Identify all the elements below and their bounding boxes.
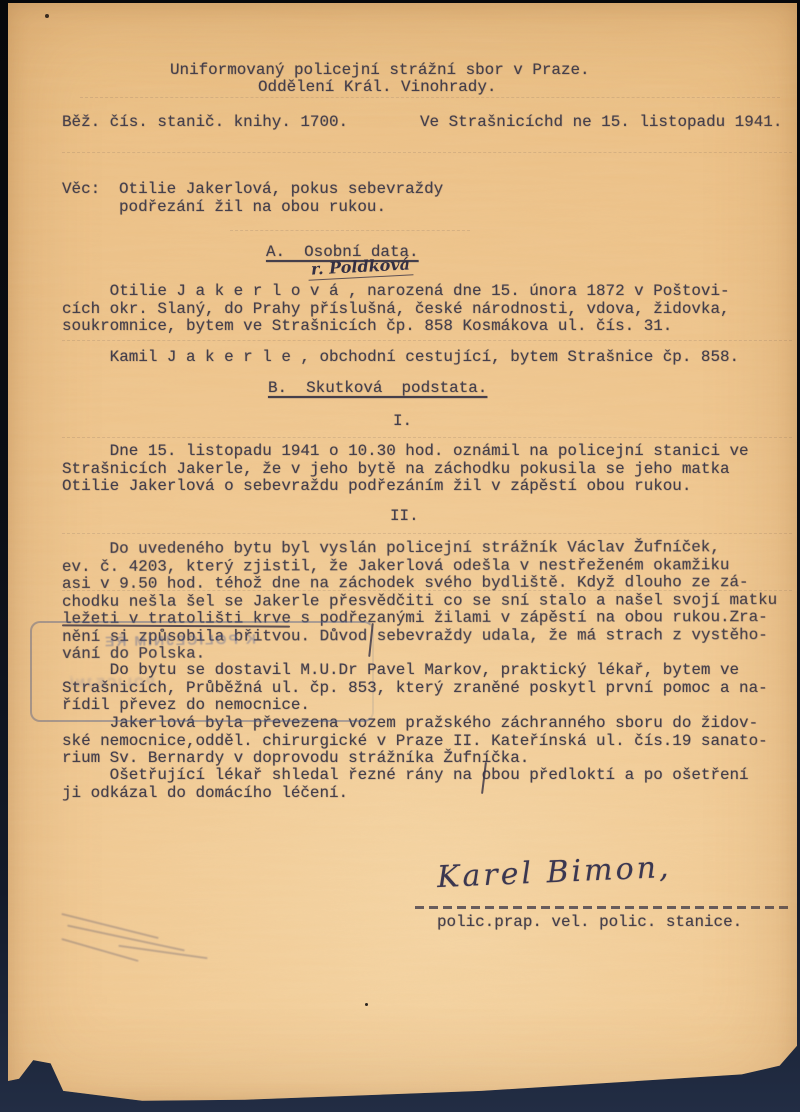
scan-artifact-line [80, 97, 780, 98]
scan-artifact-line [62, 533, 792, 534]
org-name-line1: Uniformovaný policejní strážní sbor v Pr… [170, 62, 590, 80]
ref-number: Běž. čís. stanič. knihy. 1700. [62, 114, 348, 132]
roman-numeral-2: II. [390, 508, 419, 526]
scan-artifact-line [62, 340, 792, 341]
section-b-heading: B. Skutková podstata. [268, 380, 487, 398]
signature-handwriting: Karel Bimon, [436, 850, 672, 895]
dateline: Ve Strašnicíchd ne 15. listopadu 1941. [420, 114, 782, 132]
subject-label: Věc: [62, 181, 100, 199]
stamp-text-fragment: K POLICEJNÍM ŘE [103, 631, 256, 650]
paper-speck [365, 1003, 368, 1006]
paper: Uniformovaný policejní strážní sbor v Pr… [8, 3, 797, 1103]
scan-artifact-line [62, 152, 792, 153]
scan-artifact-line [62, 437, 792, 438]
report-paragraph: Dne 15. listopadu 1941 o 10.30 hod. ozná… [62, 443, 749, 496]
subject-text: Otilie Jakerlová, pokus sebevraždy podře… [119, 181, 443, 216]
treatment-paragraph: Ošetřující lékař shledal řezné rány na o… [62, 767, 749, 802]
husband-line: Kamil J a k e r l e , obchodní cestující… [62, 349, 739, 367]
handwritten-note: r. Poldková [308, 254, 414, 280]
transport-paragraph: Jakerlová byla převezena vozem pražského… [62, 715, 768, 768]
signature-title: polic.prap. vel. polic. stanice. [437, 914, 742, 932]
scan-artifact-line [230, 230, 470, 231]
scan-background: Uniformovaný policejní strážní sbor v Pr… [0, 0, 800, 1112]
roman-numeral-1: I. [393, 413, 412, 431]
signature-rule [415, 906, 790, 909]
person-paragraph: Otilie J a k e r l o v á , narozená dne … [62, 283, 730, 336]
org-name-line2: Oddělení Král. Vinohrady. [258, 79, 496, 97]
stamp-text-fragment-2: POLICEJNÍ [68, 674, 155, 691]
paper-speck [45, 14, 49, 18]
